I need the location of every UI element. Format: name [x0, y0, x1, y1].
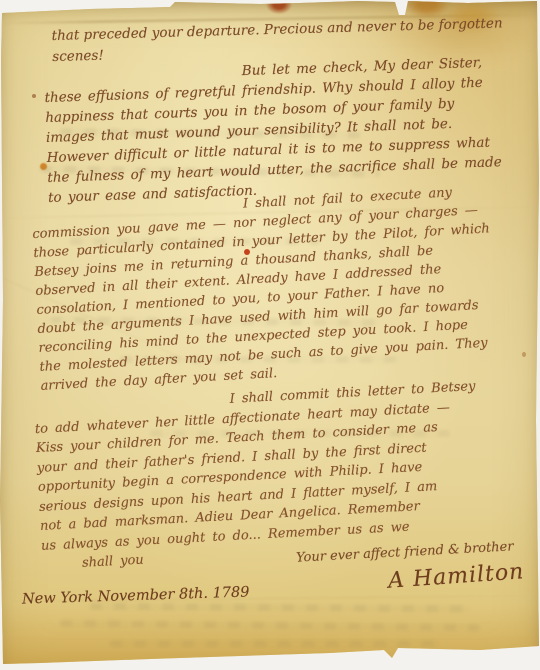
showthrough-streak	[110, 640, 440, 647]
ink-stain-top-center	[266, 0, 292, 14]
letter-paper: that preceded your departure. Precious a…	[0, 0, 540, 670]
ink-speck-right	[522, 352, 526, 357]
letter-paragraph-3: I shall not fail to execute any commissi…	[31, 181, 498, 395]
showthrough-streak	[90, 603, 470, 613]
showthrough-streak	[60, 620, 480, 631]
ink-speck	[32, 94, 36, 98]
signature: A Hamilton	[387, 559, 525, 593]
letter-scan: that preceded your departure. Precious a…	[0, 0, 540, 670]
